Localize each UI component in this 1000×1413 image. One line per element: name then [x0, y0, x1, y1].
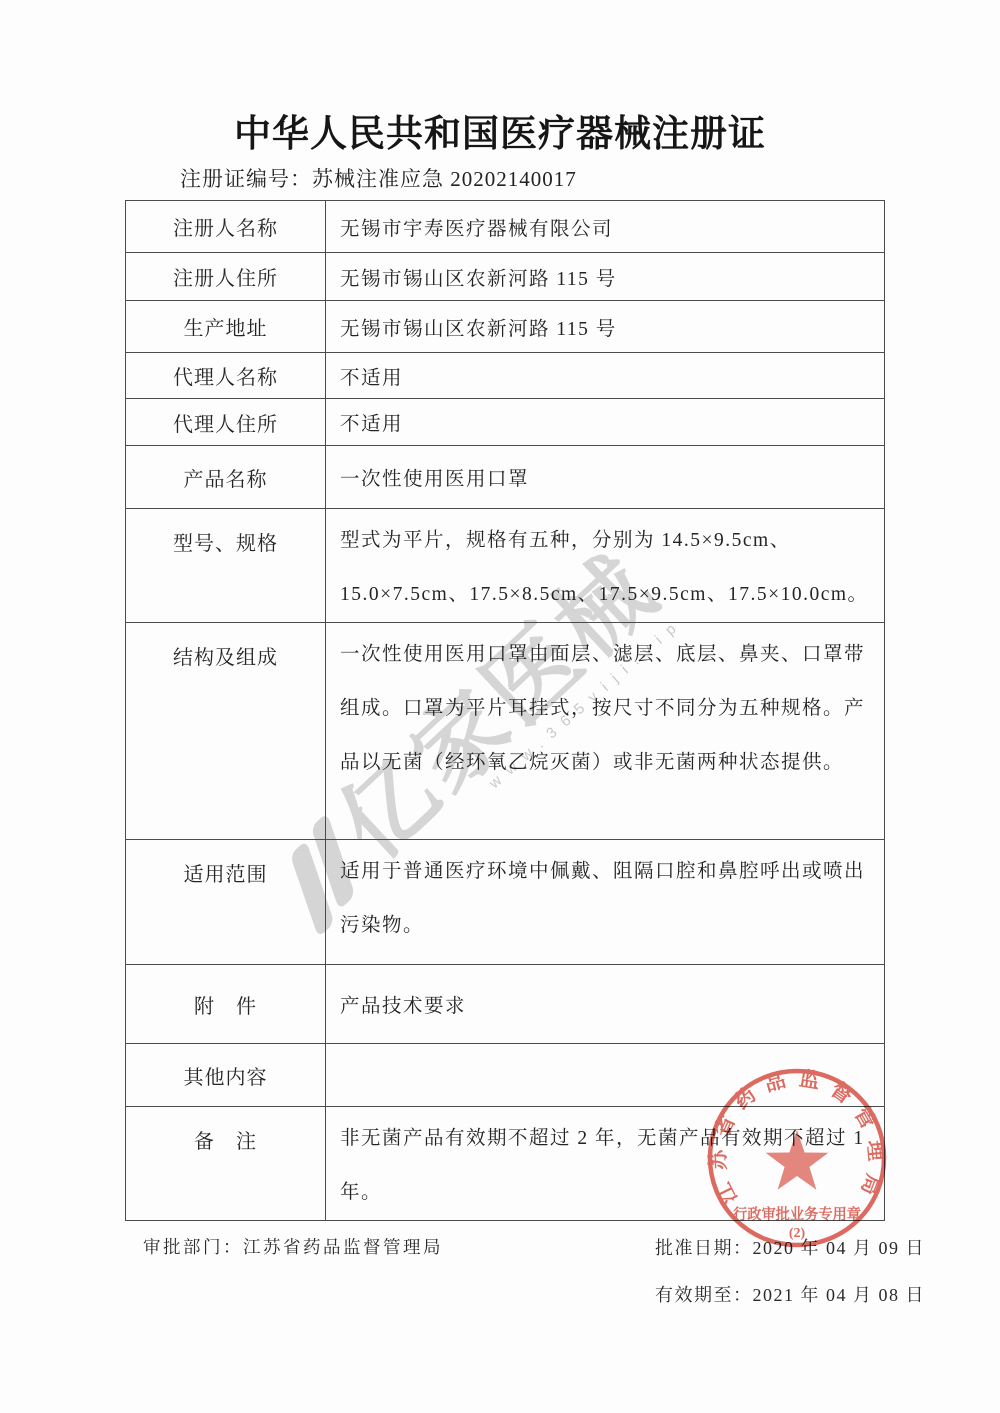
row-value: 适用于普通医疗环境中佩戴、阻隔口腔和鼻腔呼出或喷出污染物。 — [326, 840, 885, 965]
row-value: 非无菌产品有效期不超过 2 年，无菌产品有效期不超过 1 年。 — [326, 1107, 885, 1221]
certificate-page: 亿家医械 www.365yiji.vip 中华人民共和国医疗器械注册证 注册证编… — [0, 0, 1000, 1413]
row-label: 其他内容 — [126, 1044, 326, 1107]
row-value: 产品技术要求 — [326, 965, 885, 1044]
date-block: 批准日期：2020 年 04 月 09 日 有效期至：2021 年 04 月 0… — [655, 1234, 925, 1328]
approve-date-line: 批准日期：2020 年 04 月 09 日 — [655, 1234, 925, 1260]
row-label: 型号、规格 — [126, 509, 326, 623]
registration-number-line: 注册证编号：苏械注准应急 20202140017 — [180, 163, 577, 193]
table-row: 生产地址 无锡市锡山区农新河路 115 号 — [126, 301, 885, 353]
table-row: 注册人住所 无锡市锡山区农新河路 115 号 — [126, 253, 885, 301]
approval-department-label: 审批部门： — [143, 1237, 243, 1257]
row-label: 适用范围 — [126, 840, 326, 965]
row-label: 生产地址 — [126, 301, 326, 353]
row-value: 不适用 — [326, 399, 885, 446]
row-value: 一次性使用医用口罩 — [326, 446, 885, 509]
table-row: 注册人名称 无锡市宇寿医疗器械有限公司 — [126, 201, 885, 253]
approval-department-value: 江苏省药品监督管理局 — [243, 1237, 443, 1257]
row-value: 无锡市锡山区农新河路 115 号 — [326, 253, 885, 301]
table-row: 型号、规格 型式为平片，规格有五种，分别为 14.5×9.5cm、15.0×7.… — [126, 509, 885, 623]
table-row: 适用范围 适用于普通医疗环境中佩戴、阻隔口腔和鼻腔呼出或喷出污染物。 — [126, 840, 885, 965]
table-row: 备 注 非无菌产品有效期不超过 2 年，无菌产品有效期不超过 1 年。 — [126, 1107, 885, 1221]
registration-number-value: 苏械注准应急 20202140017 — [312, 167, 577, 191]
row-label: 产品名称 — [126, 446, 326, 509]
approve-date-value: 2020 年 04 月 09 日 — [753, 1238, 926, 1258]
valid-until-label: 有效期至： — [655, 1285, 753, 1305]
table-row: 产品名称 一次性使用医用口罩 — [126, 446, 885, 509]
row-value: 无锡市锡山区农新河路 115 号 — [326, 301, 885, 353]
row-value: 型式为平片，规格有五种，分别为 14.5×9.5cm、15.0×7.5cm、17… — [326, 509, 885, 623]
row-value: 不适用 — [326, 353, 885, 399]
row-label: 代理人名称 — [126, 353, 326, 399]
row-value — [326, 1044, 885, 1107]
certificate-table: 注册人名称 无锡市宇寿医疗器械有限公司 注册人住所 无锡市锡山区农新河路 115… — [125, 200, 885, 1221]
table-row: 结构及组成 一次性使用医用口罩由面层、滤层、底层、鼻夹、口罩带组成。口罩为平片耳… — [126, 623, 885, 840]
table-row: 代理人名称 不适用 — [126, 353, 885, 399]
row-value: 无锡市宇寿医疗器械有限公司 — [326, 201, 885, 253]
row-label: 结构及组成 — [126, 623, 326, 840]
valid-until-value: 2021 年 04 月 08 日 — [753, 1285, 926, 1305]
row-label: 备 注 — [126, 1107, 326, 1221]
approval-department-line: 审批部门：江苏省药品监督管理局 — [143, 1234, 443, 1259]
row-label: 附 件 — [126, 965, 326, 1044]
table-row: 其他内容 — [126, 1044, 885, 1107]
page-title: 中华人民共和国医疗器械注册证 — [0, 103, 1000, 157]
row-value: 一次性使用医用口罩由面层、滤层、底层、鼻夹、口罩带组成。口罩为平片耳挂式，按尺寸… — [326, 623, 885, 840]
table-row: 代理人住所 不适用 — [126, 399, 885, 446]
row-label: 注册人住所 — [126, 253, 326, 301]
approve-date-label: 批准日期： — [655, 1238, 753, 1258]
row-label: 代理人住所 — [126, 399, 326, 446]
valid-until-line: 有效期至：2021 年 04 月 08 日 — [655, 1281, 925, 1307]
row-label: 注册人名称 — [126, 201, 326, 253]
table-row: 附 件 产品技术要求 — [126, 965, 885, 1044]
registration-number-label: 注册证编号： — [180, 167, 312, 191]
